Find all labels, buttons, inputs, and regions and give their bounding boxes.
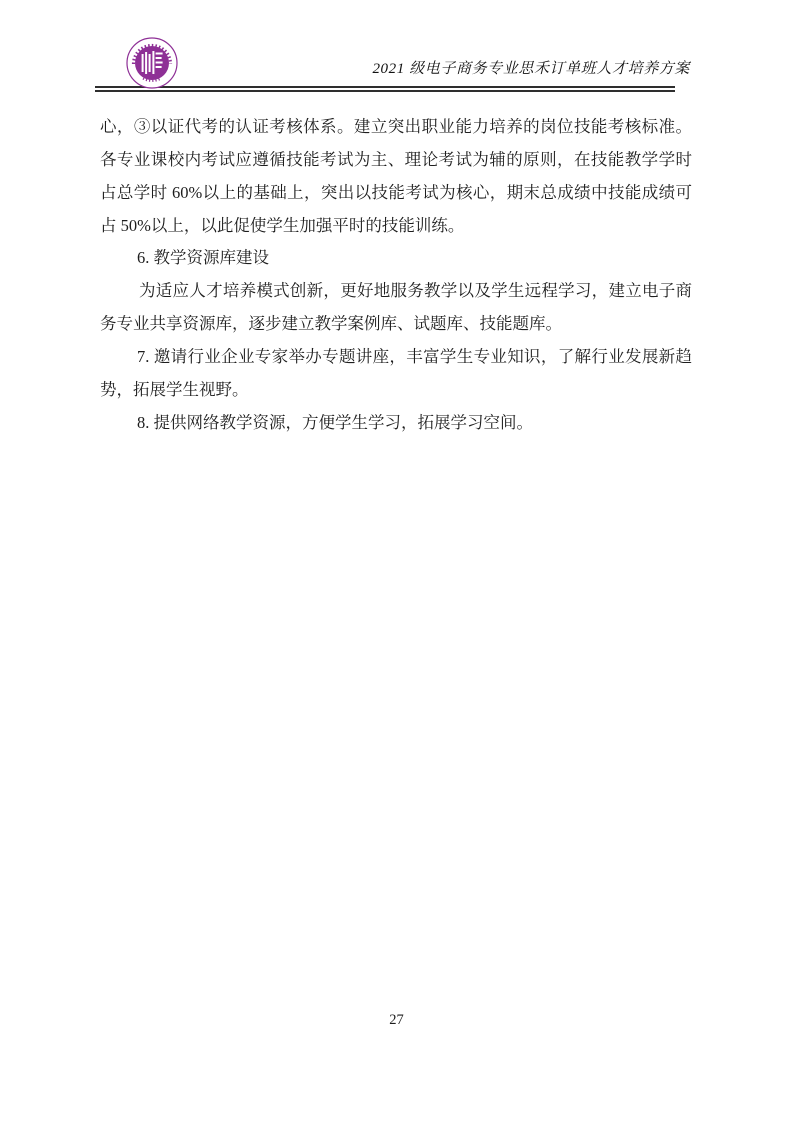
school-seal-icon xyxy=(126,37,178,89)
header-rule xyxy=(95,86,675,92)
text-line: 占 50%以上，以此促使学生加强平时的技能训练。 xyxy=(100,210,692,243)
text-line: 6. 教学资源库建设 xyxy=(100,242,692,275)
body-text: 心，③以证代考的认证考核体系。建立突出职业能力培养的岗位技能考核标准。各专业课校… xyxy=(100,111,692,439)
text-line: 7. 邀请行业企业专家举办专题讲座，丰富学生专业知识，了解行业发展新趋 xyxy=(100,341,692,374)
text-line: 为适应人才培养模式创新，更好地服务教学以及学生远程学习，建立电子商 xyxy=(100,275,692,308)
school-seal-logo xyxy=(126,37,178,89)
text-line: 务专业共享资源库，逐步建立教学案例库、试题库、技能题库。 xyxy=(100,308,692,341)
text-line: 8. 提供网络教学资源，方便学生学习，拓展学习空间。 xyxy=(100,407,692,440)
text-line: 势，拓展学生视野。 xyxy=(100,374,692,407)
text-line: 各专业课校内考试应遵循技能考试为主、理论考试为辅的原则，在技能教学学时 xyxy=(100,144,692,177)
page-number: 27 xyxy=(0,1012,793,1029)
text-line: 占总学时 60%以上的基础上，突出以技能考试为核心，期末总成绩中技能成绩可 xyxy=(100,177,692,210)
text-line: 心，③以证代考的认证考核体系。建立突出职业能力培养的岗位技能考核标准。 xyxy=(100,111,692,144)
document-page: 2021 级电子商务专业思禾订单班人才培养方案 心，③以证代考的认证考核体系。建… xyxy=(0,0,793,1122)
header-title: 2021 级电子商务专业思禾订单班人才培养方案 xyxy=(372,57,690,78)
